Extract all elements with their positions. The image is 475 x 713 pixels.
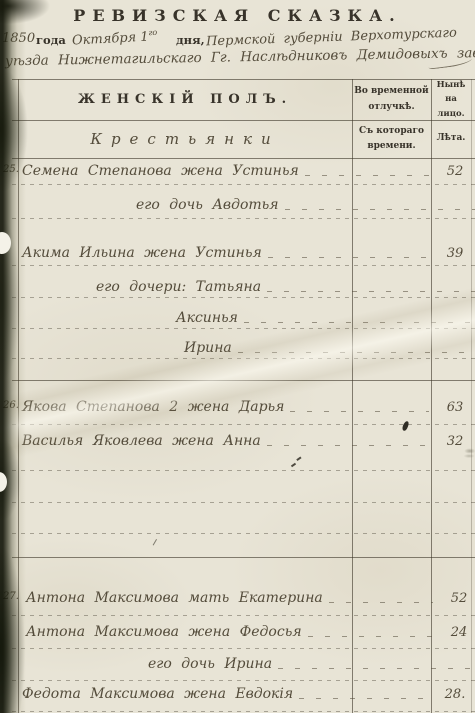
present-header-line2: лицо.	[437, 109, 464, 119]
year-handwritten: 1850	[2, 31, 35, 46]
dotted-leader	[268, 257, 429, 258]
table-row: Антона Максимова жена Федосья 24	[18, 621, 475, 643]
table-row: Аксинья 2½	[18, 307, 475, 329]
row-age: 32	[435, 434, 475, 449]
absence-header-line1: Во временной	[354, 86, 428, 96]
table-row: его дочь Ирина 5.	[18, 653, 475, 675]
section-divider-line	[12, 380, 475, 381]
scanned-revision-list-page: РЕВИЗСКАЯ СКАЗКА. 1850 года Октября 1го …	[0, 0, 475, 713]
from-time-line2: времени.	[367, 141, 415, 151]
table-row: его дочь Авдотья 22	[18, 194, 475, 216]
row-text: его дочь Авдотья	[136, 197, 279, 213]
column-header-female-sex: ЖЕНСКІЙ ПОЛЪ.	[18, 79, 352, 120]
row-rule	[12, 502, 475, 503]
row-age: 63	[435, 400, 475, 415]
row-text: его дочь Ирина	[148, 656, 272, 672]
column-header-temporary-absence-text: Во временнойотлучкѣ.	[354, 84, 428, 115]
row-age: 39	[435, 246, 475, 261]
subheader-peasant-women: Крестьянки	[18, 120, 352, 158]
dotted-leader	[278, 668, 475, 669]
dotted-leader	[285, 209, 475, 210]
row-text: Василья Яковлева жена Анна	[22, 433, 261, 449]
table-row: 26. Якова Степанова 2 жена Дарья 63	[18, 396, 475, 418]
row-rule	[12, 615, 475, 616]
absence-header-line2: отлучкѣ.	[368, 102, 414, 112]
row-text: Антона Максимова мать Екатерина	[26, 590, 323, 606]
subheader-from-what-time: Съ котораговремени.	[352, 120, 431, 158]
day-label: дня,	[176, 33, 205, 47]
dotted-leader	[267, 445, 429, 446]
row-text: Ирина	[184, 340, 232, 356]
row-text: Аксинья	[176, 310, 238, 326]
row-text: Антона Максимова жена Федосья	[26, 624, 302, 640]
row-age: 52	[439, 591, 475, 606]
row-rule	[12, 265, 475, 266]
ink-tick-marks	[291, 463, 296, 468]
row-number: 27.	[3, 591, 19, 602]
table-row: 25. Семена Степанова жена Устинья 52	[18, 160, 475, 182]
row-text: Акима Ильина жена Устинья	[22, 245, 262, 261]
row-text: Семена Степанова жена Устинья	[22, 163, 299, 179]
row-rule	[12, 218, 475, 219]
edge-smudge	[462, 448, 475, 458]
dotted-leader	[238, 352, 475, 353]
from-time-line1: Съ котораго	[359, 126, 424, 136]
month-day-superscript: го	[148, 28, 157, 37]
page-title: РЕВИЗСКАЯ СКАЗКА.	[0, 6, 475, 25]
table-row: Федота Максимова жена Евдокія 28.	[18, 683, 475, 705]
paper-hole-spot	[0, 232, 11, 254]
table-row: его дочери: Татьяна 14	[18, 276, 475, 298]
row-rule	[12, 648, 475, 649]
present-header-line1: Нынѣ на	[437, 80, 466, 104]
subheader-divider-line	[12, 158, 475, 159]
row-rule	[12, 184, 475, 185]
table-row: Акима Ильина жена Устинья 39	[18, 242, 475, 264]
column-header-now-present: Нынѣ налицо.	[431, 79, 471, 120]
column-header-temporary-absence: Во временнойотлучкѣ.	[352, 79, 431, 120]
dotted-leader	[290, 411, 429, 412]
table-row: 27. Антона Максимова мать Екатерина 52	[18, 587, 475, 609]
column-header-now-present-text: Нынѣ налицо.	[431, 78, 471, 121]
row-rule	[12, 711, 475, 712]
dotted-leader	[308, 636, 433, 637]
row-age: 28.	[435, 687, 475, 702]
section-divider-line	[12, 557, 475, 558]
small-ink-mark	[153, 539, 162, 548]
dotted-leader	[329, 602, 433, 603]
dotted-leader	[244, 322, 475, 323]
row-rule	[12, 470, 475, 471]
dotted-leader	[305, 175, 429, 176]
subheader-years: Лѣта.	[431, 120, 471, 158]
month-day-handwritten: Октября 1го	[72, 28, 158, 49]
row-rule	[12, 533, 475, 534]
row-age: 24	[439, 625, 475, 640]
row-number: 26.	[3, 400, 19, 411]
year-label: года	[36, 33, 66, 47]
paper-hole-spot	[0, 472, 7, 492]
table-row: Василья Яковлева жена Анна 32	[18, 430, 475, 452]
table-row: Ирина 5 недѣль	[18, 337, 475, 359]
dotted-leader	[267, 291, 475, 292]
month-day-text: Октября 1	[72, 30, 149, 49]
dotted-leader	[299, 698, 429, 699]
row-rule	[12, 680, 475, 681]
row-text: Якова Степанова 2 жена Дарья	[22, 399, 284, 415]
row-text: его дочери: Татьяна	[96, 279, 261, 295]
subheader-from-what-time-text: Съ котораговремени.	[359, 124, 424, 155]
row-text: Федота Максимова жена Евдокія	[22, 686, 293, 702]
row-number: 25.	[3, 164, 19, 175]
row-age: 52	[435, 164, 475, 179]
